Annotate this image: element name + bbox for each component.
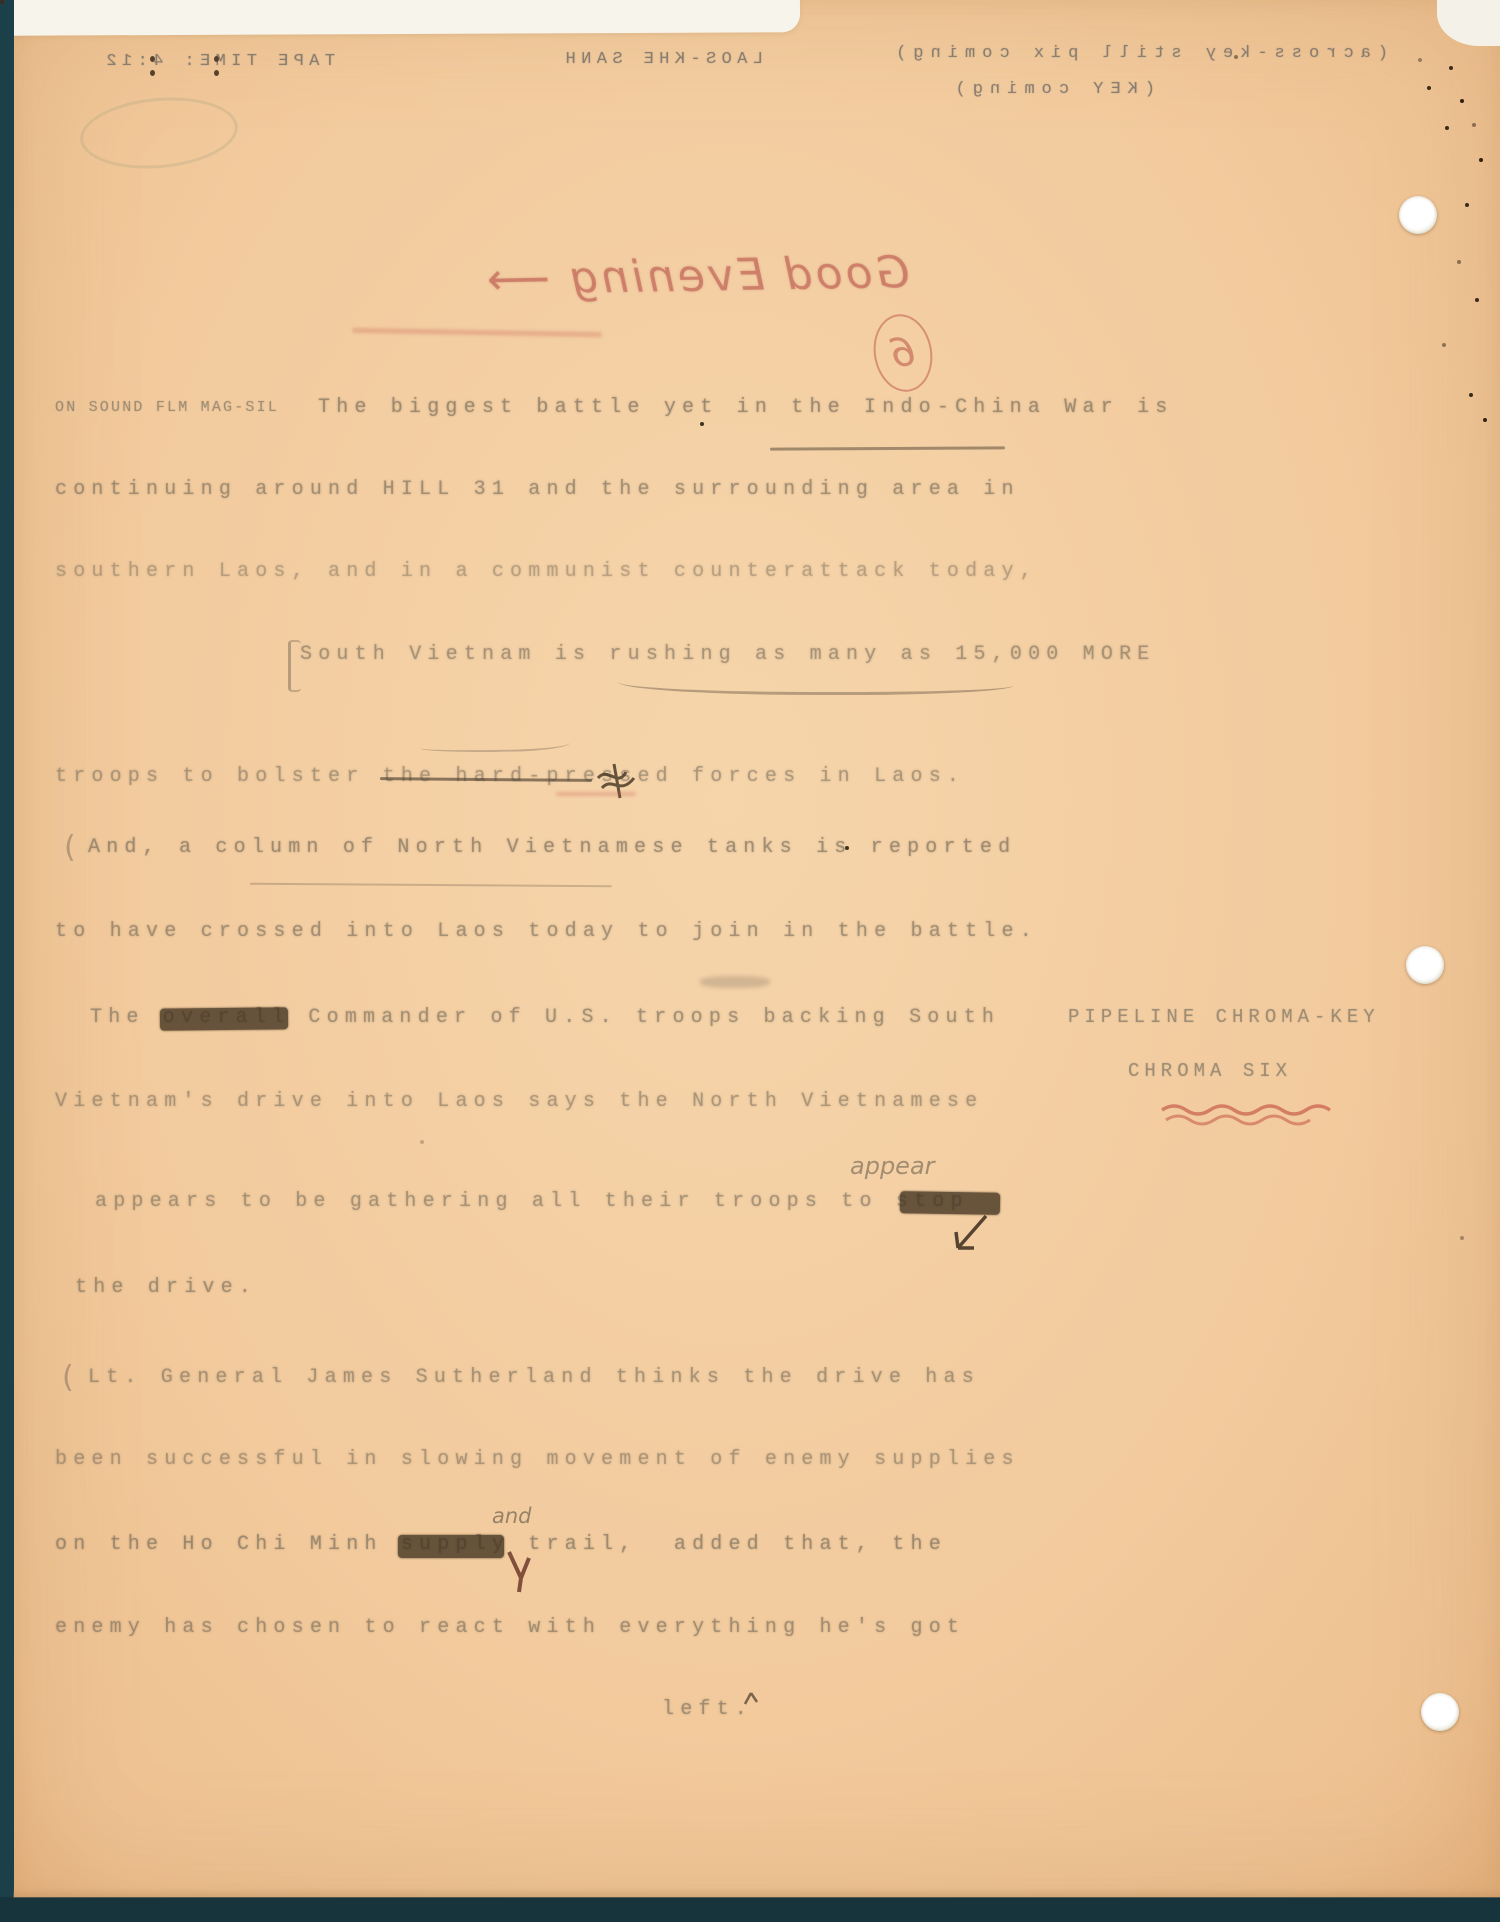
scanner-edge-left: [0, 0, 14, 1922]
paper-bottom-shadow: [13, 1888, 1500, 1898]
script-line: Vietnam's drive into Laos says the North…: [55, 1090, 983, 1113]
script-line: The biggest battle yet in the Indo-China…: [318, 396, 1174, 419]
story-slug-bleedthrough: LAOS-KHE SANH: [548, 50, 763, 69]
inked-out-word: [398, 1535, 504, 1558]
script-line: enemy has chosen to react with everythin…: [55, 1616, 965, 1639]
script-line: troops to bolster the hard-pressed force…: [55, 765, 965, 788]
chromakey-cue-line1: PIPELINE CHROMA-KEY: [1068, 1006, 1380, 1028]
punch-hole-middle: [1406, 946, 1444, 984]
inked-out-word: [900, 1191, 1000, 1215]
film-cue: ON SOUND FLM MAG-SIL: [55, 399, 279, 416]
chromakey-cue-line2: CHROMA SIX: [1128, 1060, 1292, 1082]
script-line: been successful in slowing movement of e…: [55, 1448, 1020, 1471]
red-ink-smear: [556, 792, 636, 796]
paper-top-edge: [0, 0, 800, 36]
pencil-paren: (: [64, 830, 76, 865]
colon-overstrike-mark: [214, 56, 219, 78]
red-pen-caret: [503, 1548, 547, 1594]
script-line: continuing around HILL 31 and the surrou…: [55, 478, 1020, 501]
ink-smudge: [700, 976, 770, 988]
script-line: Lt. General James Sutherland thinks the …: [88, 1366, 980, 1389]
inked-out-word: [160, 1007, 288, 1030]
good-evening-handwriting: Good Evening ⟶: [337, 247, 910, 341]
red-wavy-strike: [1160, 1100, 1355, 1130]
colon-overstrike-mark: [150, 56, 155, 78]
producer-note-line1: (across-key still pix coming): [868, 44, 1388, 63]
handwritten-insert: appear: [850, 1152, 935, 1180]
punch-hole-bottom: [1421, 1693, 1459, 1731]
script-line: South Vietnam is rushing as many as 15,0…: [300, 643, 1156, 666]
scanned-script-page: TAPE TIME: 4:12 LAOS-KHE SANH (across-ke…: [0, 0, 1500, 1922]
script-line: left.: [662, 1698, 753, 1721]
script-line: And, a column of North Vietnamese tanks …: [88, 836, 1016, 859]
pencil-paren: (: [62, 1360, 74, 1395]
script-line: to have crossed into Laos today to join …: [55, 920, 1038, 943]
punch-hole-top: [1399, 196, 1437, 234]
ink-speckles: [0, 0, 4, 4]
pen-caret-arrow: [936, 1214, 996, 1264]
script-line: southern Laos, and in a communist counte…: [55, 560, 1038, 583]
producer-note-line2: (KEY coming): [955, 80, 1155, 99]
script-line: appears to be gathering all their troops…: [95, 1190, 969, 1213]
handwritten-insert: and: [492, 1504, 532, 1528]
scanner-edge-bottom: [0, 1897, 1500, 1922]
small-pen-tick: [742, 1690, 762, 1712]
script-line: the drive.: [75, 1276, 257, 1299]
